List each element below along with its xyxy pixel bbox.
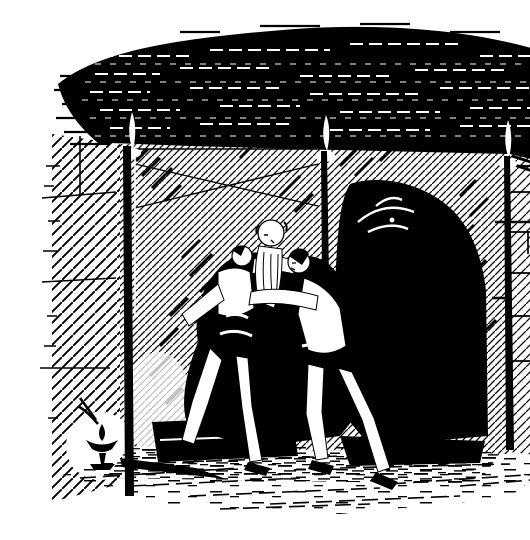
engraving-illustration: [40, 16, 530, 524]
shadow-eye-glint: [390, 218, 395, 223]
old-man-bald-head: [258, 220, 284, 246]
engraving-canvas: [40, 16, 530, 524]
doorway-floor-shadow: [340, 436, 485, 466]
left-captor-torso: [218, 268, 254, 316]
